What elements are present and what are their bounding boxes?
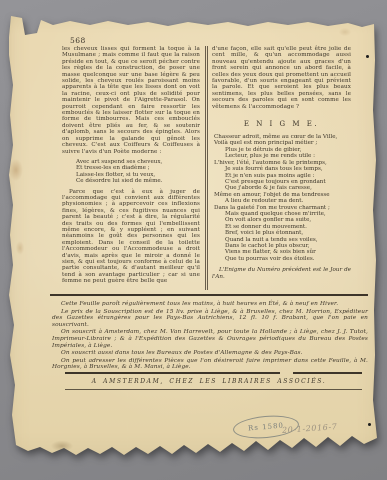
stamp-text: Rs 1580 (248, 421, 284, 432)
newspaper-page: 568 les cheveux lisses qui forment la to… (0, 0, 387, 480)
left-verse: Avec art suspend ses cheveux,Et tresse-l… (62, 159, 200, 185)
imprint-rule-bottom (65, 389, 362, 390)
ink-dot-top (366, 55, 369, 58)
footer-paragraph: Cette Feuille paroît régulièrement tous … (52, 301, 368, 308)
ink-dot-bottom (368, 423, 371, 426)
verse-line: Ce désordre lui sied de même. (76, 178, 200, 184)
imprint-line: A AMSTERDAM, CHEZ LES LIBRAIRES ASSOCIÉS… (50, 378, 368, 385)
rule-segment (65, 372, 280, 374)
left-paragraph-1: les cheveux lisses qui forment la toque … (62, 46, 200, 155)
photo-background: 568 les cheveux lisses qui forment la to… (0, 0, 387, 480)
footer-paragraph: On souscrit à Amsterdam, chez M. Van Har… (52, 329, 368, 349)
rule-segment (293, 372, 362, 374)
enigme-verse: Chasseur adroit, même au cœur de la Vill… (212, 134, 351, 262)
subscription-footer: Cette Feuille paroît régulièrement tous … (52, 301, 368, 372)
left-paragraph-2: Parce que c'est à eux à juger de l'accom… (62, 189, 200, 285)
footer-paragraph: On souscrit aussi dans tous les Bureaux … (52, 350, 368, 357)
footer-rule-top (50, 294, 368, 296)
left-column: les cheveux lisses qui forment la toque … (62, 46, 200, 285)
verse-line: Que tu pourras voir des étoiles. (214, 256, 351, 262)
enigme-heading: E N I G M E. (212, 120, 351, 128)
footer-paragraph: On peut adresser les différentes Pièces … (52, 358, 368, 371)
column-divider (205, 46, 208, 290)
right-column: d'une façon, elle sait qu'elle peut être… (212, 46, 351, 280)
right-paragraph-1: d'une façon, elle sait qu'elle peut être… (212, 46, 351, 110)
enigme-solution-note: L'Enigme du Numéro précédent est le Jour… (212, 267, 351, 280)
page-number: 568 (70, 36, 86, 45)
paper-shadow-wrap: 568 les cheveux lisses qui forment la to… (0, 0, 387, 480)
footer-paragraph: Le prix de la Souscription est de 15 liv… (52, 309, 368, 329)
imprint-rule-broken (65, 372, 362, 374)
